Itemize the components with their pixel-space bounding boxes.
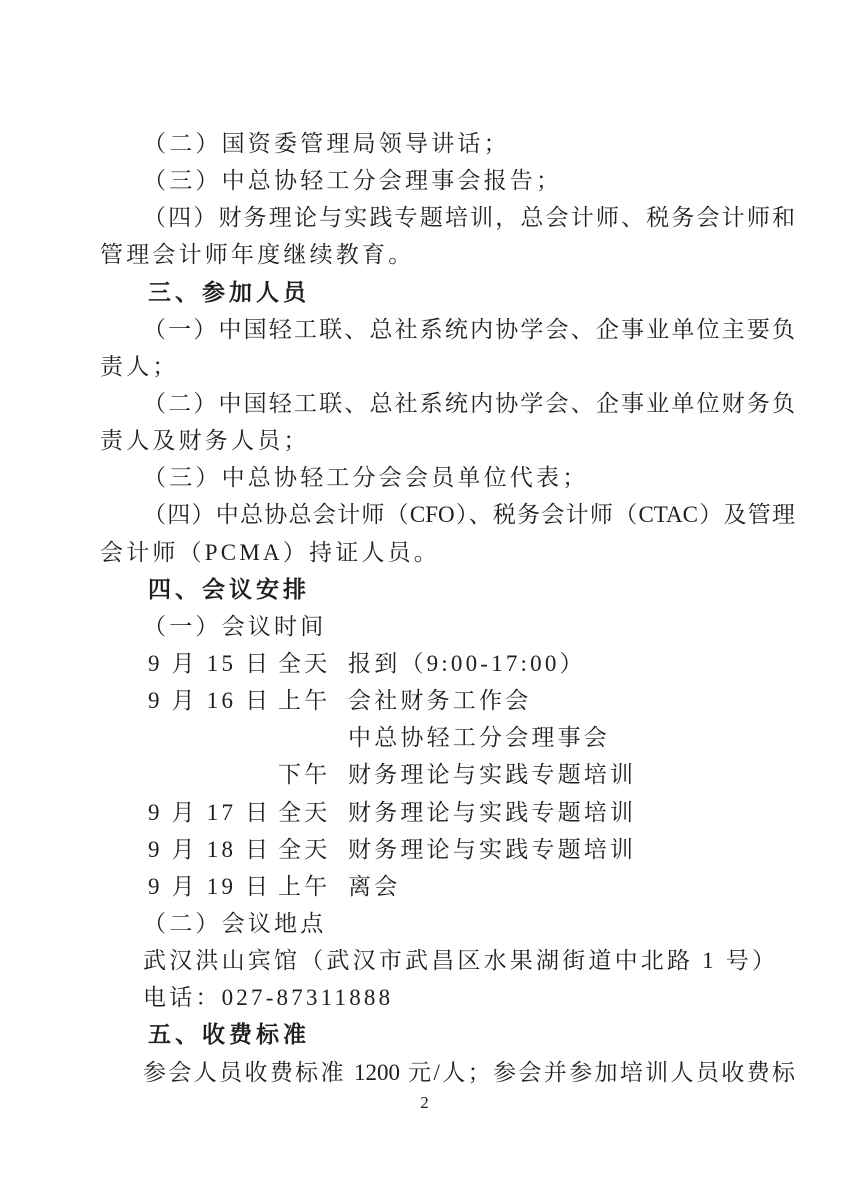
participants-item-3: （三）中总协轻工分会会员单位代表； — [100, 459, 795, 496]
schedule-session: 全天 — [278, 794, 348, 831]
schedule-date: 9 月 15 日 — [148, 645, 278, 682]
schedule-activity: 报到（9:00-17:00） — [348, 645, 795, 682]
participants-item-2-line-2: 责人及财务人员； — [100, 422, 795, 459]
schedule-session: 全天 — [278, 645, 348, 682]
schedule-activity: 会社财务工作会 — [348, 682, 795, 719]
fees-line-1: 参会人员收费标准 1200 元/人；参会并参加培训人员收费标 — [100, 1054, 795, 1091]
page-number: 2 — [0, 1091, 849, 1115]
meeting-time-label: （一）会议时间 — [100, 608, 795, 645]
section-heading-fees: 五、收费标准 — [100, 1016, 795, 1053]
meeting-phone: 电话：027-87311888 — [100, 979, 795, 1016]
participants-item-4-line-2: 会计师（PCMA）持证人员。 — [100, 534, 795, 571]
schedule-activity: 财务理论与实践专题培训 — [348, 794, 795, 831]
schedule-row: 9 月 18 日 全天 财务理论与实践专题培训 — [100, 831, 795, 868]
schedule-row: 中总协轻工分会理事会 — [100, 719, 795, 756]
schedule-date: 9 月 19 日 — [148, 868, 278, 905]
schedule-date: 9 月 18 日 — [148, 831, 278, 868]
agenda-item-2: （二）国资委管理局领导讲话； — [100, 125, 795, 162]
schedule-row: 9 月 17 日 全天 财务理论与实践专题培训 — [100, 794, 795, 831]
section-heading-participants: 三、参加人员 — [100, 274, 795, 311]
document-page: （二）国资委管理局领导讲话； （三）中总协轻工分会理事会报告； （四）财务理论与… — [0, 0, 849, 1091]
schedule-date — [148, 719, 278, 756]
schedule-date: 9 月 16 日 — [148, 682, 278, 719]
schedule-row: 9 月 16 日 上午 会社财务工作会 — [100, 682, 795, 719]
schedule-session: 下午 — [278, 756, 348, 793]
schedule-activity: 离会 — [348, 868, 795, 905]
agenda-item-4-line-2: 管理会计师年度继续教育。 — [100, 236, 795, 273]
section-heading-arrangement: 四、会议安排 — [100, 571, 795, 608]
participants-item-4-line-1: （四）中总协总会计师（CFO）、税务会计师（CTAC）及管理 — [100, 496, 795, 533]
schedule-row: 9 月 19 日 上午 离会 — [100, 868, 795, 905]
schedule-activity: 中总协轻工分会理事会 — [348, 719, 795, 756]
schedule-row: 下午 财务理论与实践专题培训 — [100, 756, 795, 793]
agenda-item-4-line-1: （四）财务理论与实践专题培训，总会计师、税务会计师和 — [100, 199, 795, 236]
agenda-item-3: （三）中总协轻工分会理事会报告； — [100, 162, 795, 199]
meeting-venue-label: （二）会议地点 — [100, 905, 795, 942]
participants-item-1-line-1: （一）中国轻工联、总社系统内协学会、企事业单位主要负 — [100, 311, 795, 348]
schedule-session — [278, 719, 348, 756]
schedule-date — [148, 756, 278, 793]
schedule-activity: 财务理论与实践专题培训 — [348, 756, 795, 793]
schedule-session: 上午 — [278, 682, 348, 719]
schedule-date: 9 月 17 日 — [148, 794, 278, 831]
schedule-activity: 财务理论与实践专题培训 — [348, 831, 795, 868]
schedule-session: 全天 — [278, 831, 348, 868]
schedule-row: 9 月 15 日 全天 报到（9:00-17:00） — [100, 645, 795, 682]
meeting-venue: 武汉洪山宾馆（武汉市武昌区水果湖街道中北路 1 号） — [100, 942, 795, 979]
participants-item-1-line-2: 责人； — [100, 348, 795, 385]
participants-item-2-line-1: （二）中国轻工联、总社系统内协学会、企事业单位财务负 — [100, 385, 795, 422]
schedule-session: 上午 — [278, 868, 348, 905]
